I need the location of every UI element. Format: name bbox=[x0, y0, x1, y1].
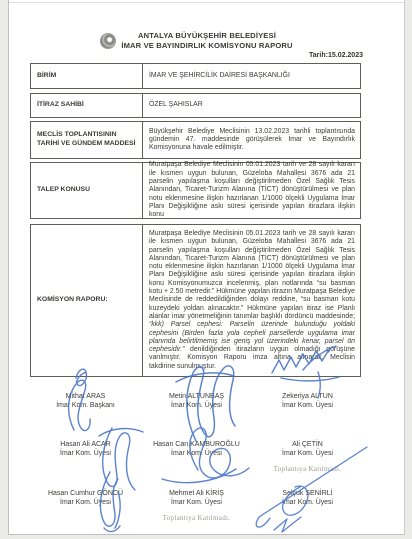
signer-role: İmar Kom. Üyesi bbox=[30, 498, 141, 507]
report-title: ANTALYA BÜYÜKŞEHİR BELEDİYESİ İMAR VE BA… bbox=[96, 31, 318, 50]
signer-role: İmar Kom. Üyesi bbox=[141, 401, 252, 410]
report-text-normal-1: Muratpaşa Belediye Meclisinin 05.01.2023… bbox=[149, 230, 355, 320]
row-value: Muratpaşa Belediye Meclisinin 05.01.2023… bbox=[143, 225, 360, 376]
signer-name: Mithat ARAS bbox=[30, 392, 141, 401]
signer-hasan-cumhur-goncu: Hasan Cumhur GÖNCÜ İmar Kom. Üyesi bbox=[30, 489, 141, 522]
signer-metin-altunbas: Metin ALTUNBAŞ İmar Kom. Üyesi bbox=[141, 392, 252, 410]
signer-mithat-aras: Mithat ARAS İmar Kom. Başkanı bbox=[30, 392, 141, 410]
signer-role: İmar Kom. Üyesi bbox=[141, 449, 252, 458]
table-row-birim: BİRİM İMAR VE ŞEHİRCİLİK DAİRESİ BAŞKANL… bbox=[30, 63, 361, 89]
table-row-itiraz-sahibi: İTİRAZ SAHİBİ ÖZEL ŞAHISLAR bbox=[30, 93, 361, 118]
commission-report-text: Muratpaşa Belediye Meclisinin 05.01.2023… bbox=[149, 230, 355, 371]
signer-zekeriya-altun: Zekeriya ALTUN İmar Kom. Üyesi bbox=[252, 392, 363, 410]
signer-name: Ali ÇETİN bbox=[252, 440, 363, 449]
signer-name: Selçuk SENİRLİ bbox=[252, 489, 363, 498]
signer-ali-cetin: Ali ÇETİN İmar Kom. Üyesi Toplantıya Kat… bbox=[252, 440, 363, 473]
signer-role: İmar Kom. Başkanı bbox=[30, 401, 141, 410]
signer-role: İmar Kom. Üyesi bbox=[252, 449, 363, 458]
did-not-attend-note: Toplantıya Katılmadı. bbox=[252, 465, 363, 473]
row-value-text: Muratpaşa Belediye Meclisinin 05.01.2023… bbox=[149, 161, 355, 219]
page-edge-top bbox=[8, 2, 405, 3]
row-label: KOMİSYON RAPORU: bbox=[31, 225, 143, 376]
report-title-line1: ANTALYA BÜYÜKŞEHİR BELEDİYESİ bbox=[96, 31, 318, 41]
signer-name: Hasan Ali ACAR bbox=[30, 440, 141, 449]
signer-name: Metin ALTUNBAŞ bbox=[141, 392, 252, 401]
scanned-report-page: ANTALYA BÜYÜKŞEHİR BELEDİYESİ İMAR VE BA… bbox=[0, 0, 412, 539]
signer-name: Zekeriya ALTUN bbox=[252, 392, 363, 401]
signer-hasan-can-kamburoglu: Hasan Can KAMBUROĞLU İmar Kom. Üyesi bbox=[141, 440, 252, 473]
signer-selcuk-senirli: Selçuk SENİRLİ İmar Kom. Üyesi bbox=[252, 489, 363, 522]
signer-name: Hasan Cumhur GÖNCÜ bbox=[30, 489, 141, 498]
row-value-text: ÖZEL ŞAHISLAR bbox=[149, 101, 355, 109]
row-label: TALEP KONUSU bbox=[31, 163, 143, 218]
row-value: ÖZEL ŞAHISLAR bbox=[143, 94, 360, 117]
page-edge-right bbox=[404, 0, 412, 539]
signer-hasan-ali-acar: Hasan Ali ACAR İmar Kom. Üyesi bbox=[30, 440, 141, 473]
row-label: BİRİM bbox=[31, 64, 143, 88]
table-row-komisyon-raporu: KOMİSYON RAPORU: Muratpaşa Belediye Mecl… bbox=[30, 224, 361, 377]
signer-role: İmar Kom. Üyesi bbox=[141, 498, 252, 507]
row-label: MECLİS TOPLANTISININ TARİHİ VE GÜNDEM MA… bbox=[31, 122, 143, 158]
row-label: İTİRAZ SAHİBİ bbox=[31, 94, 143, 117]
row-value: Muratpaşa Belediye Meclisinin 05.01.2023… bbox=[143, 163, 360, 218]
row-value: İMAR VE ŞEHİRCİLİK DAİRESİ BAŞKANLIĞI bbox=[143, 64, 360, 88]
signature-row-3: Hasan Cumhur GÖNCÜ İmar Kom. Üyesi Mehme… bbox=[30, 489, 363, 522]
table-row-talep-konusu: TALEP KONUSU Muratpaşa Belediye Meclisin… bbox=[30, 162, 361, 219]
signer-role: İmar Kom. Üyesi bbox=[252, 498, 363, 507]
row-value-text: İMAR VE ŞEHİRCİLİK DAİRESİ BAŞKANLIĞI bbox=[149, 72, 355, 80]
page-edge-bottom bbox=[8, 534, 405, 539]
signature-row-1: Mithat ARAS İmar Kom. Başkanı Metin ALTU… bbox=[30, 392, 363, 410]
signature-row-2: Hasan Ali ACAR İmar Kom. Üyesi Hasan Can… bbox=[30, 440, 363, 473]
table-row-meclis-toplantisi: MECLİS TOPLANTISININ TARİHİ VE GÜNDEM MA… bbox=[30, 121, 361, 159]
report-date: Tarih:15.02.2023 bbox=[309, 52, 363, 59]
signer-role: İmar Kom. Üyesi bbox=[30, 449, 141, 458]
row-value: Büyükşehir Belediye Meclisinin 13.02.202… bbox=[143, 122, 360, 158]
row-value-text: Büyükşehir Belediye Meclisinin 13.02.202… bbox=[149, 128, 355, 153]
signer-mehmet-ali-kiris: Mehmet Ali KİRİŞ İmar Kom. Üyesi Toplant… bbox=[141, 489, 252, 522]
signer-name: Hasan Can KAMBUROĞLU bbox=[141, 440, 252, 449]
signer-role: İmar Kom. Üyesi bbox=[252, 401, 363, 410]
page-edge-left bbox=[0, 0, 9, 539]
report-title-line2: İMAR VE BAYINDIRLIK KOMİSYONU RAPORU bbox=[96, 41, 318, 51]
signer-name: Mehmet Ali KİRİŞ bbox=[141, 489, 252, 498]
did-not-attend-note: Toplantıya Katılmadı. bbox=[141, 514, 252, 522]
